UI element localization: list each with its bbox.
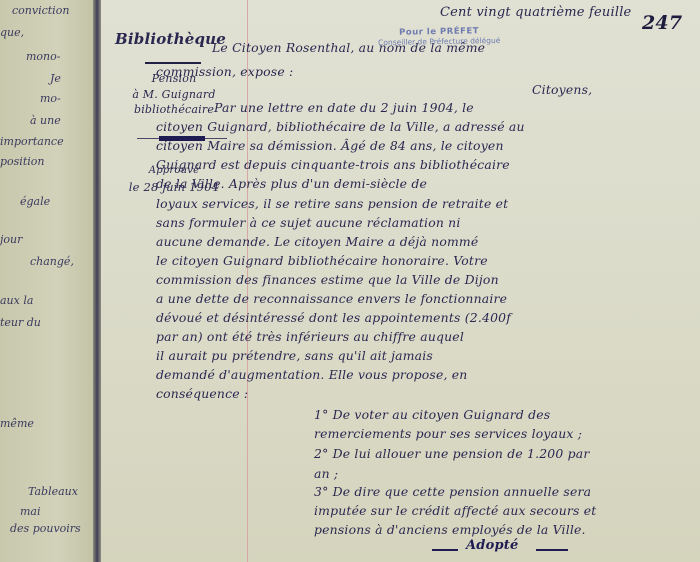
left-page-fragment: aux la	[0, 294, 33, 307]
body-line: de la Ville. Après plus d'un demi-siècle…	[156, 176, 427, 191]
body-line: aucune demande. Le citoyen Maire a déjà …	[156, 234, 478, 249]
left-page-fragment: importance	[0, 135, 64, 148]
left-page-fragment: jour	[0, 233, 22, 246]
body-line: il aurait pu prétendre, sans qu'il ait j…	[156, 348, 433, 363]
resolution-line: 1° De voter au citoyen Guignard des	[314, 407, 550, 422]
left-page-fragment: conviction	[12, 4, 69, 17]
folio-text: Cent vingt quatrième feuille	[440, 5, 631, 20]
left-facing-page: convictionque,mono-Jemo-à uneimportancep…	[0, 0, 96, 562]
left-page-fragment: des pouvoirs	[10, 522, 81, 535]
body-line: commission, expose :	[156, 64, 293, 79]
decision-rule-left	[432, 549, 458, 551]
left-page-fragment: égale	[20, 195, 50, 208]
body-line: Guignard est depuis cinquante-trois ans …	[156, 157, 510, 172]
body-line: loyaux services, il se retire sans pensi…	[156, 196, 508, 211]
decision-text: Adopté	[466, 538, 518, 553]
body-line: sans formuler à ce sujet aucune réclamat…	[156, 215, 461, 230]
left-page-fragment: même	[0, 417, 34, 430]
body-line: citoyen Maire sa démission. Âgé de 84 an…	[156, 138, 504, 153]
body-line: a une dette de reconnaissance envers le …	[156, 291, 507, 306]
left-page-fragment: Je	[50, 72, 61, 85]
left-page-fragment: que,	[0, 26, 24, 39]
resolution-line: pensions à d'anciens employés de la Vill…	[314, 522, 586, 537]
resolution-line: imputée sur le crédit affecté aux secour…	[314, 503, 596, 518]
left-page-fragment: à une	[30, 114, 61, 127]
left-page-fragment: teur du	[0, 316, 41, 329]
body-line: Le Citoyen Rosenthal, au nom de la même	[212, 40, 485, 55]
left-page-fragment: changé,	[30, 255, 74, 268]
body-line: Citoyens,	[532, 82, 592, 97]
body-line: le citoyen Guignard bibliothécaire honor…	[156, 253, 488, 268]
left-page-fragment: mono-	[26, 50, 60, 63]
body-line: citoyen Guignard, bibliothécaire de la V…	[156, 119, 525, 134]
body-line: commission des finances estime que la Vi…	[156, 272, 499, 287]
body-line: Par une lettre en date du 2 juin 1904, l…	[214, 100, 474, 115]
resolution-line: remerciements pour ses services loyaux ;	[314, 426, 582, 441]
decision-rule-right	[536, 549, 568, 551]
resolution-line: an ;	[314, 466, 338, 481]
resolution-line: 2° De lui allouer une pension de 1.200 p…	[314, 446, 589, 461]
left-page-fragment: Tableaux	[28, 485, 78, 498]
section-title: Bibliothèque	[115, 30, 226, 48]
body-line: par an) ont été très inférieurs au chiff…	[156, 329, 464, 344]
left-page-fragment: mai	[20, 505, 41, 518]
body-line: dévoué et désintéressé dont les appointe…	[156, 310, 511, 325]
left-page-fragment: position	[0, 155, 44, 168]
body-line: demandé d'augmentation. Elle vous propos…	[156, 367, 467, 382]
body-line: conséquence :	[156, 386, 248, 401]
left-page-fragment: mo-	[40, 92, 61, 105]
page-number: 247	[642, 12, 682, 34]
resolution-line: 3° De dire que cette pension annuelle se…	[314, 484, 591, 499]
